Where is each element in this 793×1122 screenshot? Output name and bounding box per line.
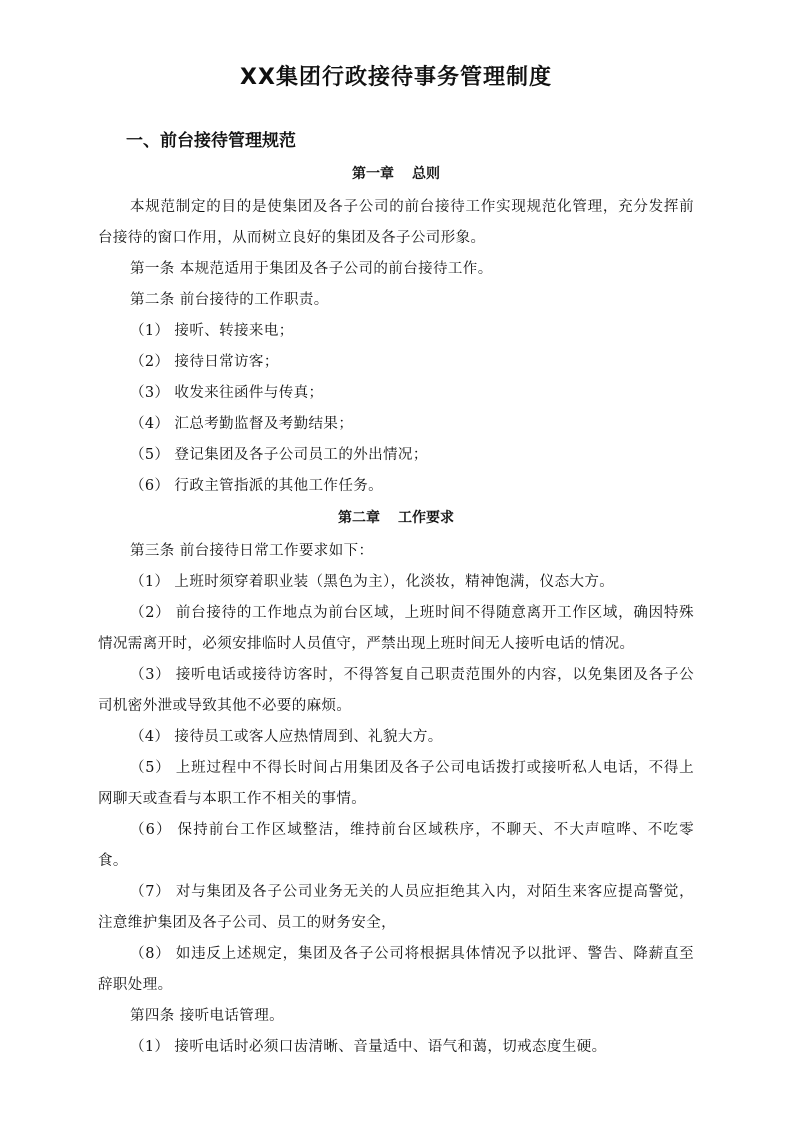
chapter-heading-1: 第一章总则 <box>98 162 694 186</box>
list-item: （3） 接听电话或接待访客时，不得答复自己职责范围外的内容，以免集团及各子公司机… <box>98 660 694 722</box>
article-2: 第二条 前台接待的工作职责。 <box>98 285 694 316</box>
list-item: （6） 行政主管指派的其他工作任务。 <box>98 471 694 502</box>
list-item: （4） 汇总考勤监督及考勤结果； <box>98 409 694 440</box>
article-1: 第一条 本规范适用于集团及各子公司的前台接待工作。 <box>98 254 694 285</box>
list-item: （1） 接听电话时必须口齿清晰、音量适中、语气和蔼，切戒态度生硬。 <box>98 1032 694 1063</box>
chapter-number: 第一章 <box>352 166 394 182</box>
section-heading: 一、前台接待管理规范 <box>126 127 296 155</box>
list-item: （1） 接听、转接来电； <box>98 316 694 347</box>
document-title: XX集团行政接待事务管理制度 <box>98 62 694 94</box>
list-item: （7） 对与集团及各子公司业务无关的人员应拒绝其入内，对陌生来客应提高警觉，注意… <box>98 877 694 939</box>
chapter-name: 工作要求 <box>398 510 454 526</box>
chapter-number: 第二章 <box>338 510 380 526</box>
list-item: （6） 保持前台工作区域整洁，维持前台区域秩序，不聊天、不大声喧哗、不吃零食。 <box>98 815 694 877</box>
list-item: （1） 上班时须穿着职业装（黑色为主），化淡妆，精神饱满，仪态大方。 <box>98 567 694 598</box>
list-item: （2） 接待日常访客； <box>98 347 694 378</box>
list-item: （4） 接待员工或客人应热情周到、礼貌大方。 <box>98 722 694 753</box>
list-item: （8） 如违反上述规定，集团及各子公司将根据具体情况予以批评、警告、降薪直至辞职… <box>98 939 694 1001</box>
chapter-name: 总则 <box>412 166 440 182</box>
paragraph-purpose: 本规范制定的目的是使集团及各子公司的前台接待工作实现规范化管理，充分发挥前台接待… <box>98 192 694 254</box>
list-item: （5） 上班过程中不得长时间占用集团及各子公司电话拨打或接听私人电话，不得上网聊… <box>98 753 694 815</box>
chapter-heading-2: 第二章工作要求 <box>98 506 694 530</box>
list-item: （5） 登记集团及各子公司员工的外出情况； <box>98 440 694 471</box>
article-3: 第三条 前台接待日常工作要求如下： <box>98 536 694 567</box>
article-4: 第四条 接听电话管理。 <box>98 1001 694 1032</box>
list-item: （3） 收发来往函件与传真； <box>98 378 694 409</box>
list-item: （2） 前台接待的工作地点为前台区域，上班时间不得随意离开工作区域，确因特殊情况… <box>98 598 694 660</box>
